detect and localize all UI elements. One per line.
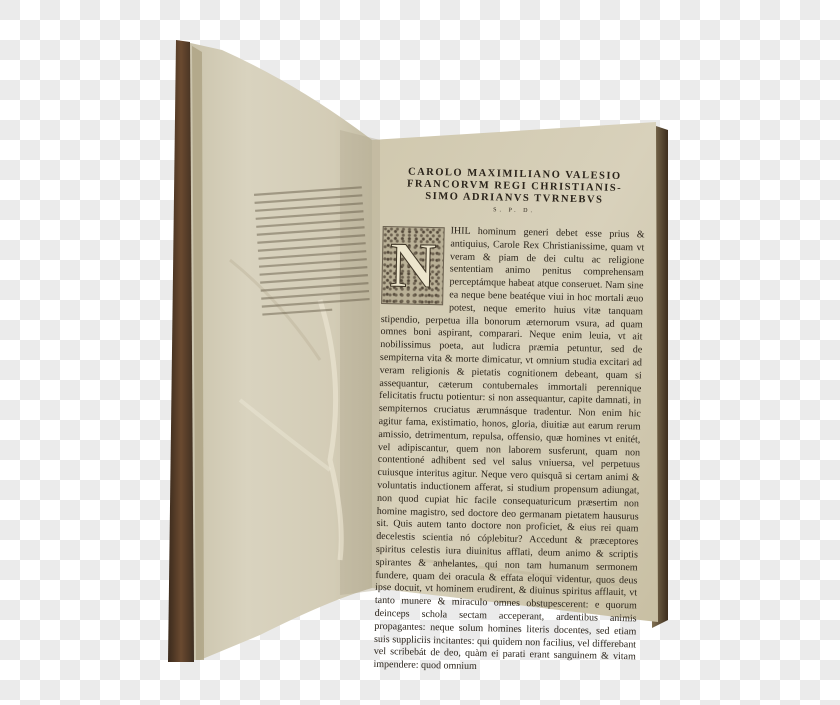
dedication-body: N IHIL hominum generi debet esse prius &… bbox=[373, 224, 644, 677]
book-spine bbox=[168, 40, 194, 662]
right-page-text: CAROLO MAXIMILIANO VALESIO FRANCORVM REG… bbox=[373, 166, 646, 677]
open-book: CAROLO MAXIMILIANO VALESIO FRANCORVM REG… bbox=[0, 0, 840, 705]
decorated-initial: N bbox=[381, 226, 445, 305]
dedication-heading: CAROLO MAXIMILIANO VALESIO FRANCORVM REG… bbox=[383, 166, 646, 219]
decorated-initial-letter: N bbox=[382, 231, 443, 300]
